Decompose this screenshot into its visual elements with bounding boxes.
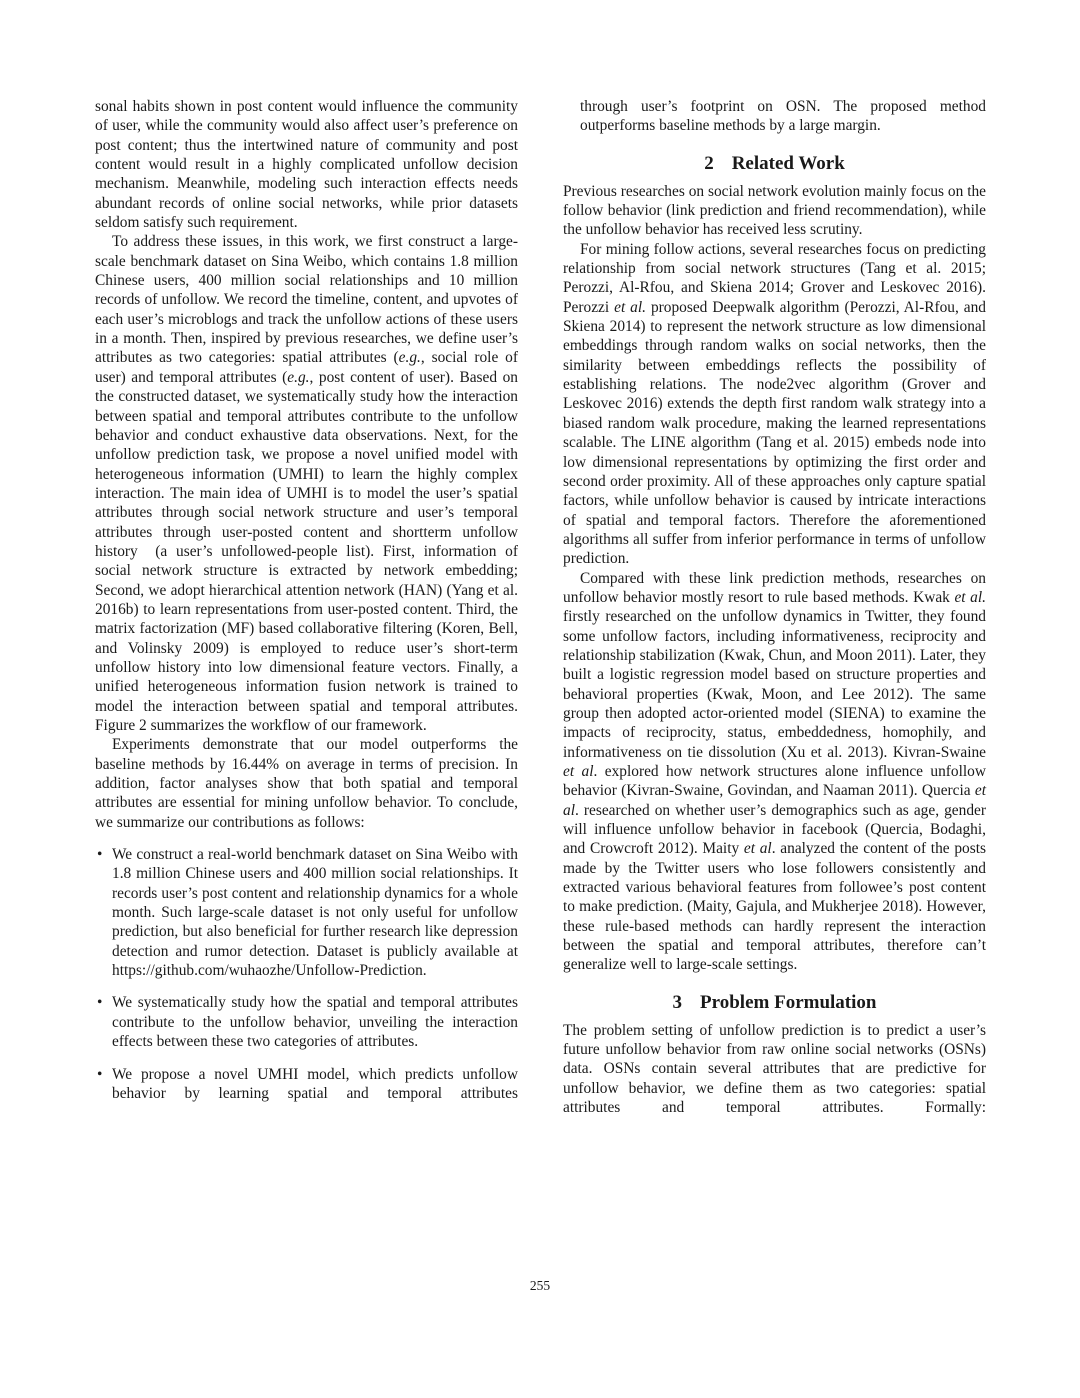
bullet-icon: • <box>97 993 102 1012</box>
bullet-icon: • <box>97 1065 102 1084</box>
left-column: sonal habits shown in post content would… <box>95 97 518 1103</box>
problem-formulation-paragraph: The problem setting of unfollow predicti… <box>563 1021 986 1118</box>
related-work-paragraph-1: Previous researches on social network ev… <box>563 182 986 240</box>
intro-paragraph-continuation: sonal habits shown in post content would… <box>95 97 518 232</box>
section-heading-related-work: 2Related Work <box>563 152 986 176</box>
section-heading-problem-formulation: 3Problem Formulation <box>563 991 986 1015</box>
contributions-list: • We construct a real-world benchmark da… <box>95 845 518 1103</box>
bullet-icon: • <box>97 845 102 864</box>
page-number: 255 <box>0 1278 1080 1294</box>
contribution-item-continuation: through user’s footprint on OSN. The pro… <box>563 97 986 136</box>
intro-paragraph-experiments: Experiments demonstrate that our model o… <box>95 735 518 832</box>
contribution-item: • We systematically study how the spatia… <box>95 993 518 1051</box>
related-work-paragraph-3: Compared with these link prediction meth… <box>563 569 986 975</box>
related-work-paragraph-2: For mining follow actions, several resea… <box>563 240 986 569</box>
right-column: through user’s footprint on OSN. The pro… <box>563 97 986 1118</box>
intro-paragraph-dataset: To address these issues, in this work, w… <box>95 232 518 735</box>
contribution-item: • We propose a novel UMHI model, which p… <box>95 1065 518 1104</box>
contribution-item: • We construct a real-world benchmark da… <box>95 845 518 980</box>
